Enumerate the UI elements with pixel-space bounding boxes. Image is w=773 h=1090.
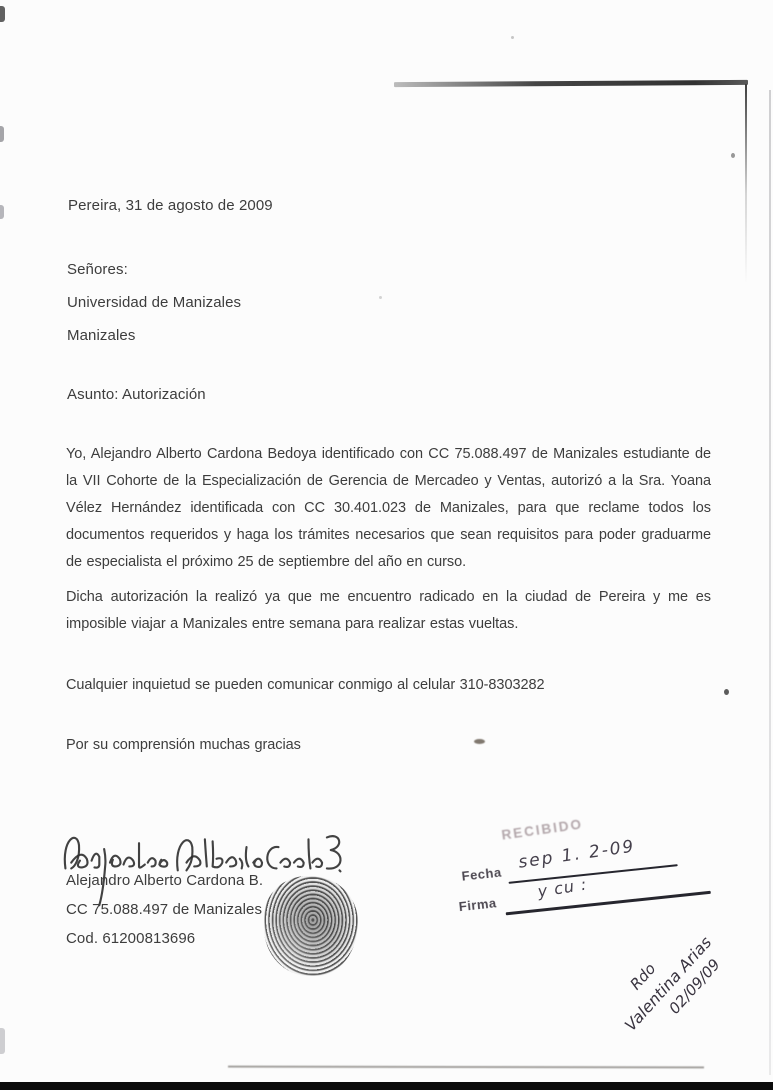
scan-artifact-bottom-bar [0,1082,773,1090]
stamp-firma-line [506,891,711,915]
scan-edge-mark [0,1028,5,1054]
recipient-city: Manizales [67,327,135,344]
signer-id: CC 75.088.497 de Manizales [66,901,262,918]
signer-code: Cod. 61200813696 [66,930,195,947]
scan-speck [724,689,729,695]
scan-artifact-bottom-line [228,1066,704,1069]
recipient-salutation: Señores: [67,261,128,278]
fingerprint-stamp [264,876,358,976]
scan-edge-mark [0,6,5,22]
body-paragraph-2: Dicha autorización la realizó ya que me … [66,584,711,638]
scan-artifact-right-line [745,84,747,284]
body-paragraph-4: Por su comprensión muchas gracias [66,732,711,759]
subject-line: Asunto: Autorización [67,386,206,403]
stamp-fecha-label: Fecha [461,865,502,884]
scan-edge-mark [0,126,4,142]
stamp-fecha-value: sep 1. 2-09 [517,836,636,872]
received-stamp: RECIBIDO Fecha sep 1. 2-09 Firma y cu : [443,805,712,932]
body-paragraph-3: Cualquier inquietud se pueden comunicar … [66,672,711,699]
scanned-letter-page: Pereira, 31 de agosto de 2009 Señores: U… [0,0,773,1090]
scan-speck [731,153,735,158]
body-paragraph-1: Yo, Alejandro Alberto Cardona Bedoya ide… [66,441,711,576]
scan-edge-mark [0,205,4,219]
stamp-title: RECIBIDO [501,816,584,842]
scan-artifact-top-line [394,80,748,87]
recipient-institution: Universidad de Manizales [67,294,241,311]
scan-speck [511,36,514,39]
scan-speck [379,296,382,299]
signer-name: Alejandro Alberto Cardona B. [66,872,263,889]
scan-artifact-right-edge [769,90,771,1075]
stamp-firma-label: Firma [458,895,497,914]
date-line: Pereira, 31 de agosto de 2009 [68,197,273,214]
